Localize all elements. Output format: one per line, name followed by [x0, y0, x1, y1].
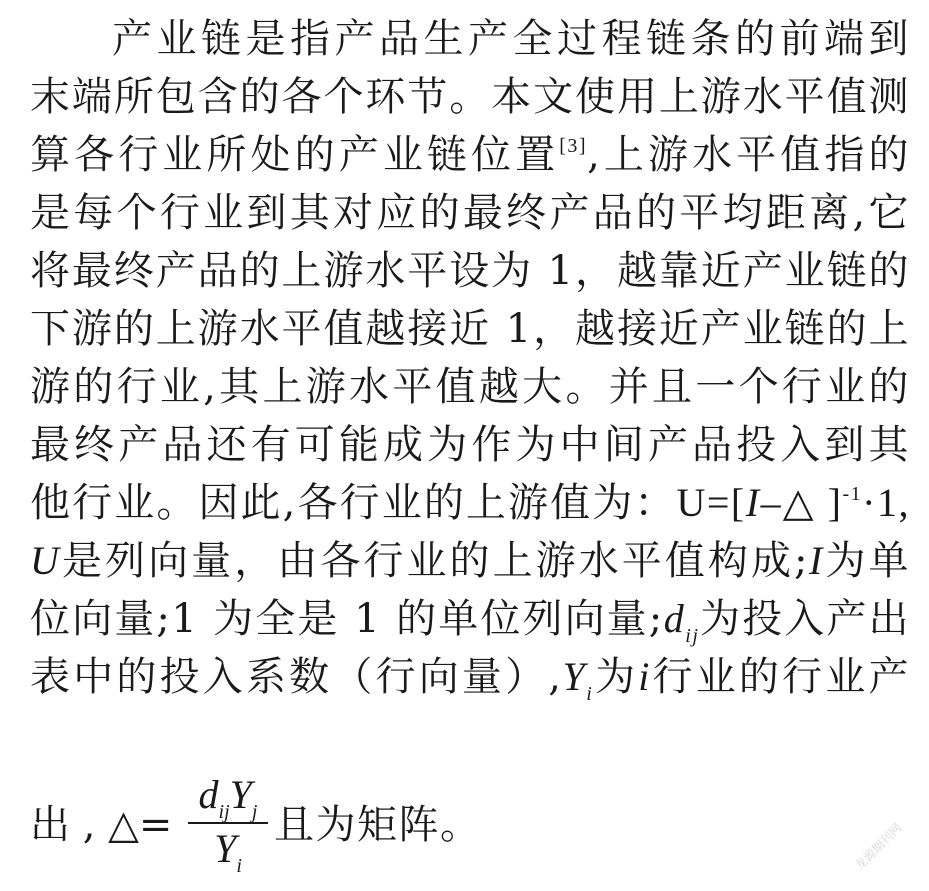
paragraph-line-7: 游的行业,其上游水平值越大。并且一个行业的 [30, 358, 910, 416]
line-13-post: 且为矩阵。 [274, 796, 482, 854]
paragraph-line-4: 是每个行业到其对应的最终产品的平均距离,它 [30, 184, 910, 242]
num-d-subscript: ij [219, 801, 230, 823]
var-i: i [638, 654, 651, 699]
paragraph-line-2: 末端所包含的各个环节。本文使用上游水平值测 [30, 68, 910, 126]
num-y-subscript: j [252, 801, 258, 823]
var-i-matrix: I [809, 538, 824, 583]
document-page: 产业链是指产品生产全过程链条的前端到 末端所包含的各个环节。本文使用上游水平值测… [0, 0, 929, 891]
den-y-subscript: i [236, 855, 242, 877]
delta-fraction: dijYj Yi [188, 770, 268, 874]
line-12-text-3: 行业的行业产 [651, 654, 910, 700]
num-y: Y [230, 772, 252, 817]
paragraph-line-8: 最终产品还有可能成为作为中间产品投入到其 [30, 416, 910, 474]
formula-identity: I [746, 480, 761, 525]
var-d-subscript: ij [685, 625, 699, 647]
line-3-tail: ,上游水平值指的 [587, 132, 910, 178]
formula-minus-delta: –△ ] [761, 480, 843, 525]
var-y: Y [563, 654, 587, 699]
line-13-pre: 出 , △= [30, 796, 172, 854]
den-y: Y [214, 826, 236, 871]
watermark: 龙源期刊网 [851, 819, 905, 873]
line-9-text: 他行业。因此,各行业的上游值为： [30, 480, 676, 526]
line-3-text: 算各行业所处的产业链位置 [30, 132, 559, 178]
paragraph-line-13: 出 , △= dijYj Yi 且为矩阵。 [30, 770, 730, 880]
line-12-text-1: 表中的投入系数（行向量）, [30, 654, 563, 700]
line-10-text-2: 为单 [824, 538, 910, 584]
paragraph-line-1: 产业链是指产品生产全过程链条的前端到 [112, 10, 910, 68]
formula-exponent: -1 [843, 483, 863, 505]
paragraph-line-3: 算各行业所处的产业链位置[3],上游水平值指的 [30, 126, 910, 184]
line-12-text-2: 为 [593, 654, 638, 700]
formula-tail: ·1, [862, 480, 910, 525]
line-10-text-1: 是列向量，由各行业的上游水平值构成; [60, 538, 809, 584]
paragraph-line-11: 位向量;1 为全是 1 的单位列向量;dij为投入产出 [30, 590, 910, 648]
line-11-text-2: 为投入产出 [699, 596, 910, 642]
num-d: d [199, 772, 219, 817]
paragraph-line-6: 下游的上游水平值越接近 1，越接近产业链的上 [30, 300, 910, 358]
paragraph-line-9: 他行业。因此,各行业的上游值为：U=[I–△ ]-1·1, [30, 474, 910, 532]
var-d: d [664, 596, 686, 641]
paragraph-line-10: U是列向量，由各行业的上游水平值构成;I为单 [30, 532, 910, 590]
var-u: U [30, 538, 60, 583]
fraction-denominator: Yi [188, 824, 268, 874]
formula-u: U=[ [676, 480, 745, 525]
line-11-text-1: 位向量;1 为全是 1 的单位列向量; [30, 596, 664, 642]
paragraph-line-12: 表中的投入系数（行向量）,Yi为i行业的行业产 [30, 648, 910, 706]
citation-ref: [3] [559, 135, 587, 157]
fraction-numerator: dijYj [188, 770, 268, 822]
paragraph-line-5: 将最终产品的上游水平设为 1，越靠近产业链的 [30, 242, 910, 300]
